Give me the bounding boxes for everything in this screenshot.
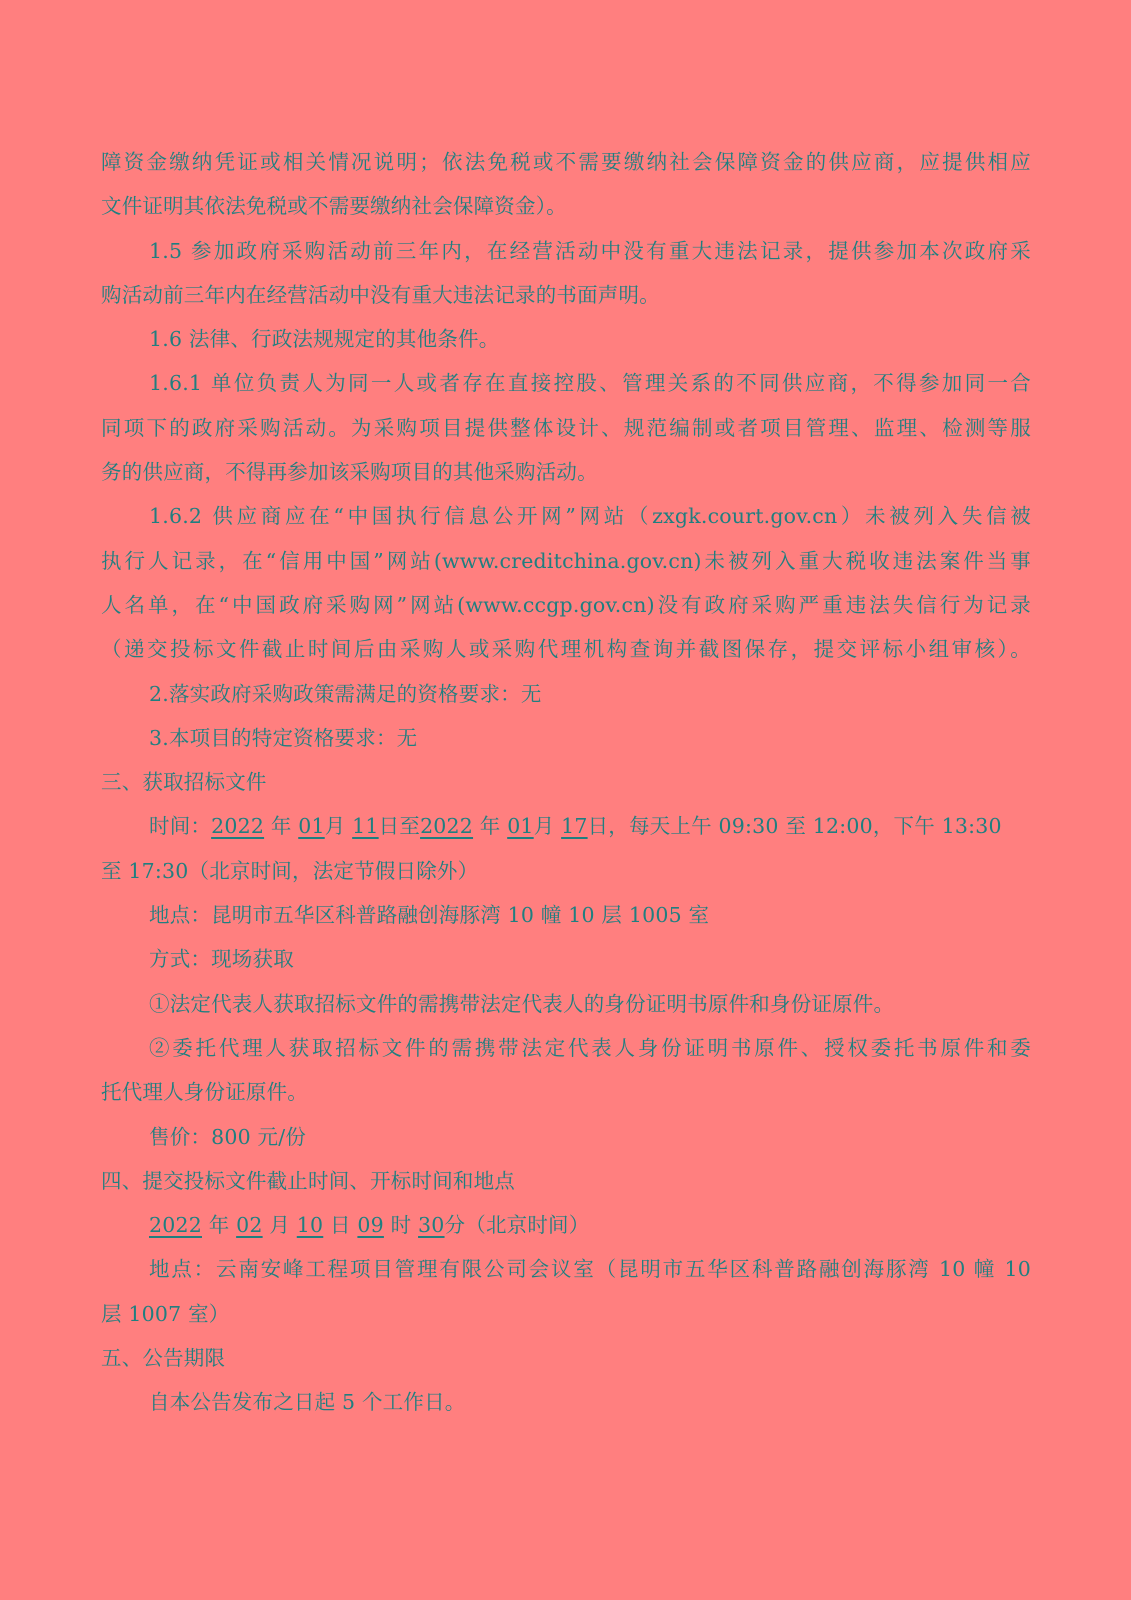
year-unit: 年 xyxy=(271,814,292,838)
time-label: 时间： xyxy=(149,814,211,838)
paragraph-line: 务的供应商，不得再参加该采购项目的其他采购活动。 xyxy=(101,450,1031,494)
opening-location: 地点：云南安峰工程项目管理有限公司会议室（昆明市五华区科普路融创海豚湾 10 幢… xyxy=(101,1247,1031,1291)
end-month: 01 xyxy=(507,814,534,838)
year-unit: 年 xyxy=(480,814,501,838)
paragraph-line: 同项下的政府采购活动。为采购项目提供整体设计、规范编制或者项目管理、监理、检测等… xyxy=(101,406,1031,450)
method-item-2: ②委托代理人获取招标文件的需携带法定代表人身份证明书原件、授权委托书原件和委 xyxy=(101,1026,1031,1070)
acquisition-time-cont: 至 17:30（北京时间，法定节假日除外） xyxy=(101,849,1031,893)
year-unit: 年 xyxy=(209,1213,230,1237)
clause-1-6-2: 1.6.2 供应商应在“中国执行信息公开网”网站（zxgk.court.gov.… xyxy=(101,494,1031,538)
paragraph-line: 文件证明其依法免税或不需要缴纳社会保障资金）。 xyxy=(101,184,1031,228)
section-5-heading: 五、公告期限 xyxy=(101,1336,1031,1380)
deadline-day: 10 xyxy=(297,1213,324,1237)
opening-location-cont: 层 1007 室） xyxy=(101,1292,1031,1336)
end-year: 2022 xyxy=(420,814,473,838)
method-item-2-cont: 托代理人身份证原件。 xyxy=(101,1070,1031,1114)
paragraph-line: 人名单，在“中国政府采购网”网站(www.ccgp.gov.cn)没有政府采购严… xyxy=(101,583,1031,627)
end-day: 17 xyxy=(561,814,588,838)
acquisition-location: 地点：昆明市五华区科普路融创海豚湾 10 幢 10 层 1005 室 xyxy=(101,893,1031,937)
method-item-1: ①法定代表人获取招标文件的需携带法定代表人的身份证明书原件和身份证原件。 xyxy=(101,982,1031,1026)
day-unit: 日 xyxy=(330,1213,351,1237)
month-unit: 月 xyxy=(269,1213,290,1237)
section-3-heading: 三、获取招标文件 xyxy=(101,760,1031,804)
document-page: 障资金缴纳凭证或相关情况说明；依法免税或不需要缴纳社会保障资金的供应商，应提供相… xyxy=(101,140,1031,1425)
clause-1-5: 1.5 参加政府采购活动前三年内，在经营活动中没有重大违法记录，提供参加本次政府… xyxy=(101,229,1031,273)
notice-period: 自本公告发布之日起 5 个工作日。 xyxy=(101,1380,1031,1424)
paragraph-line: 障资金缴纳凭证或相关情况说明；依法免税或不需要缴纳社会保障资金的供应商，应提供相… xyxy=(101,140,1031,184)
price: 售价：800 元/份 xyxy=(101,1115,1031,1159)
start-year: 2022 xyxy=(211,814,264,838)
acquisition-time: 时间：2022 年 01月 11日至2022 年 01月 17日，每天上午 09… xyxy=(101,804,1031,848)
paragraph-line: （递交投标文件截止时间后由采购人或采购代理机构查询并截图保存，提交评标小组审核）… xyxy=(101,627,1031,671)
minute-unit: 分（北京时间） xyxy=(445,1213,590,1237)
clause-1-6-1: 1.6.1 单位负责人为同一人或者存在直接控股、管理关系的不同供应商，不得参加同… xyxy=(101,361,1031,405)
deadline-month: 02 xyxy=(236,1213,263,1237)
time-rest: 日，每天上午 09:30 至 12:00，下午 13:30 xyxy=(588,814,1002,838)
paragraph-line: 执行人记录，在“信用中国”网站(www.creditchina.gov.cn)未… xyxy=(101,539,1031,583)
clause-1-6: 1.6 法律、行政法规规定的其他条件。 xyxy=(101,317,1031,361)
start-day: 11 xyxy=(352,814,379,838)
deadline-year: 2022 xyxy=(149,1213,202,1237)
deadline-minute: 30 xyxy=(418,1213,445,1237)
acquisition-method: 方式：现场获取 xyxy=(101,937,1031,981)
hour-unit: 时 xyxy=(391,1213,412,1237)
deadline-hour: 09 xyxy=(357,1213,384,1237)
clause-2: 2.落实政府采购政策需满足的资格要求：无 xyxy=(101,672,1031,716)
month-unit: 月 xyxy=(325,814,346,838)
deadline: 2022 年 02 月 10 日 09 时 30分（北京时间） xyxy=(101,1203,1031,1247)
paragraph-line: 购活动前三年内在经营活动中没有重大违法记录的书面声明。 xyxy=(101,273,1031,317)
month-unit: 月 xyxy=(534,814,555,838)
section-4-heading: 四、提交投标文件截止时间、开标时间和地点 xyxy=(101,1159,1031,1203)
day-unit-to: 日至 xyxy=(379,814,420,838)
start-month: 01 xyxy=(298,814,325,838)
clause-3: 3.本项目的特定资格要求：无 xyxy=(101,716,1031,760)
